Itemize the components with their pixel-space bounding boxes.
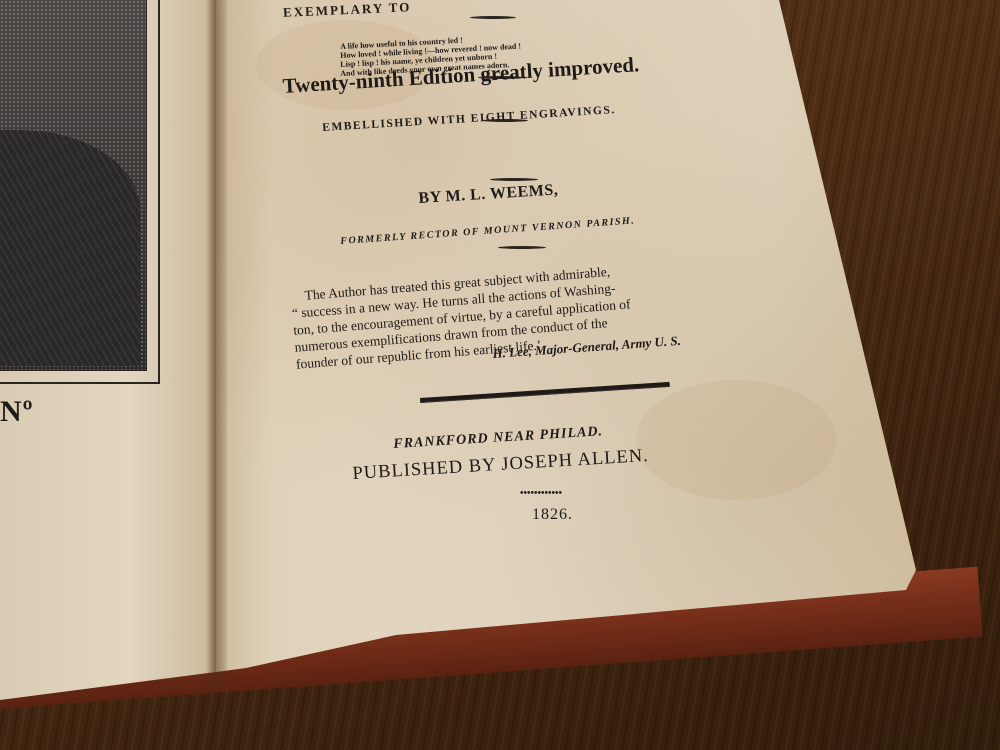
dotted-ornament: •••••••••••• [520, 488, 562, 499]
ornamental-rule [498, 246, 546, 249]
engraving-portrait-coat [0, 130, 140, 366]
plate-caption: Nº [0, 395, 34, 429]
left-page: Nº [0, 0, 216, 700]
frontispiece-frame [0, 0, 160, 384]
frontispiece-engraving [0, 0, 147, 371]
ornamental-rule [470, 16, 516, 19]
book-gutter [205, 0, 227, 690]
paper-stain [636, 380, 836, 500]
ornamental-rule [490, 178, 538, 181]
imprint-year: 1826. [532, 506, 573, 524]
